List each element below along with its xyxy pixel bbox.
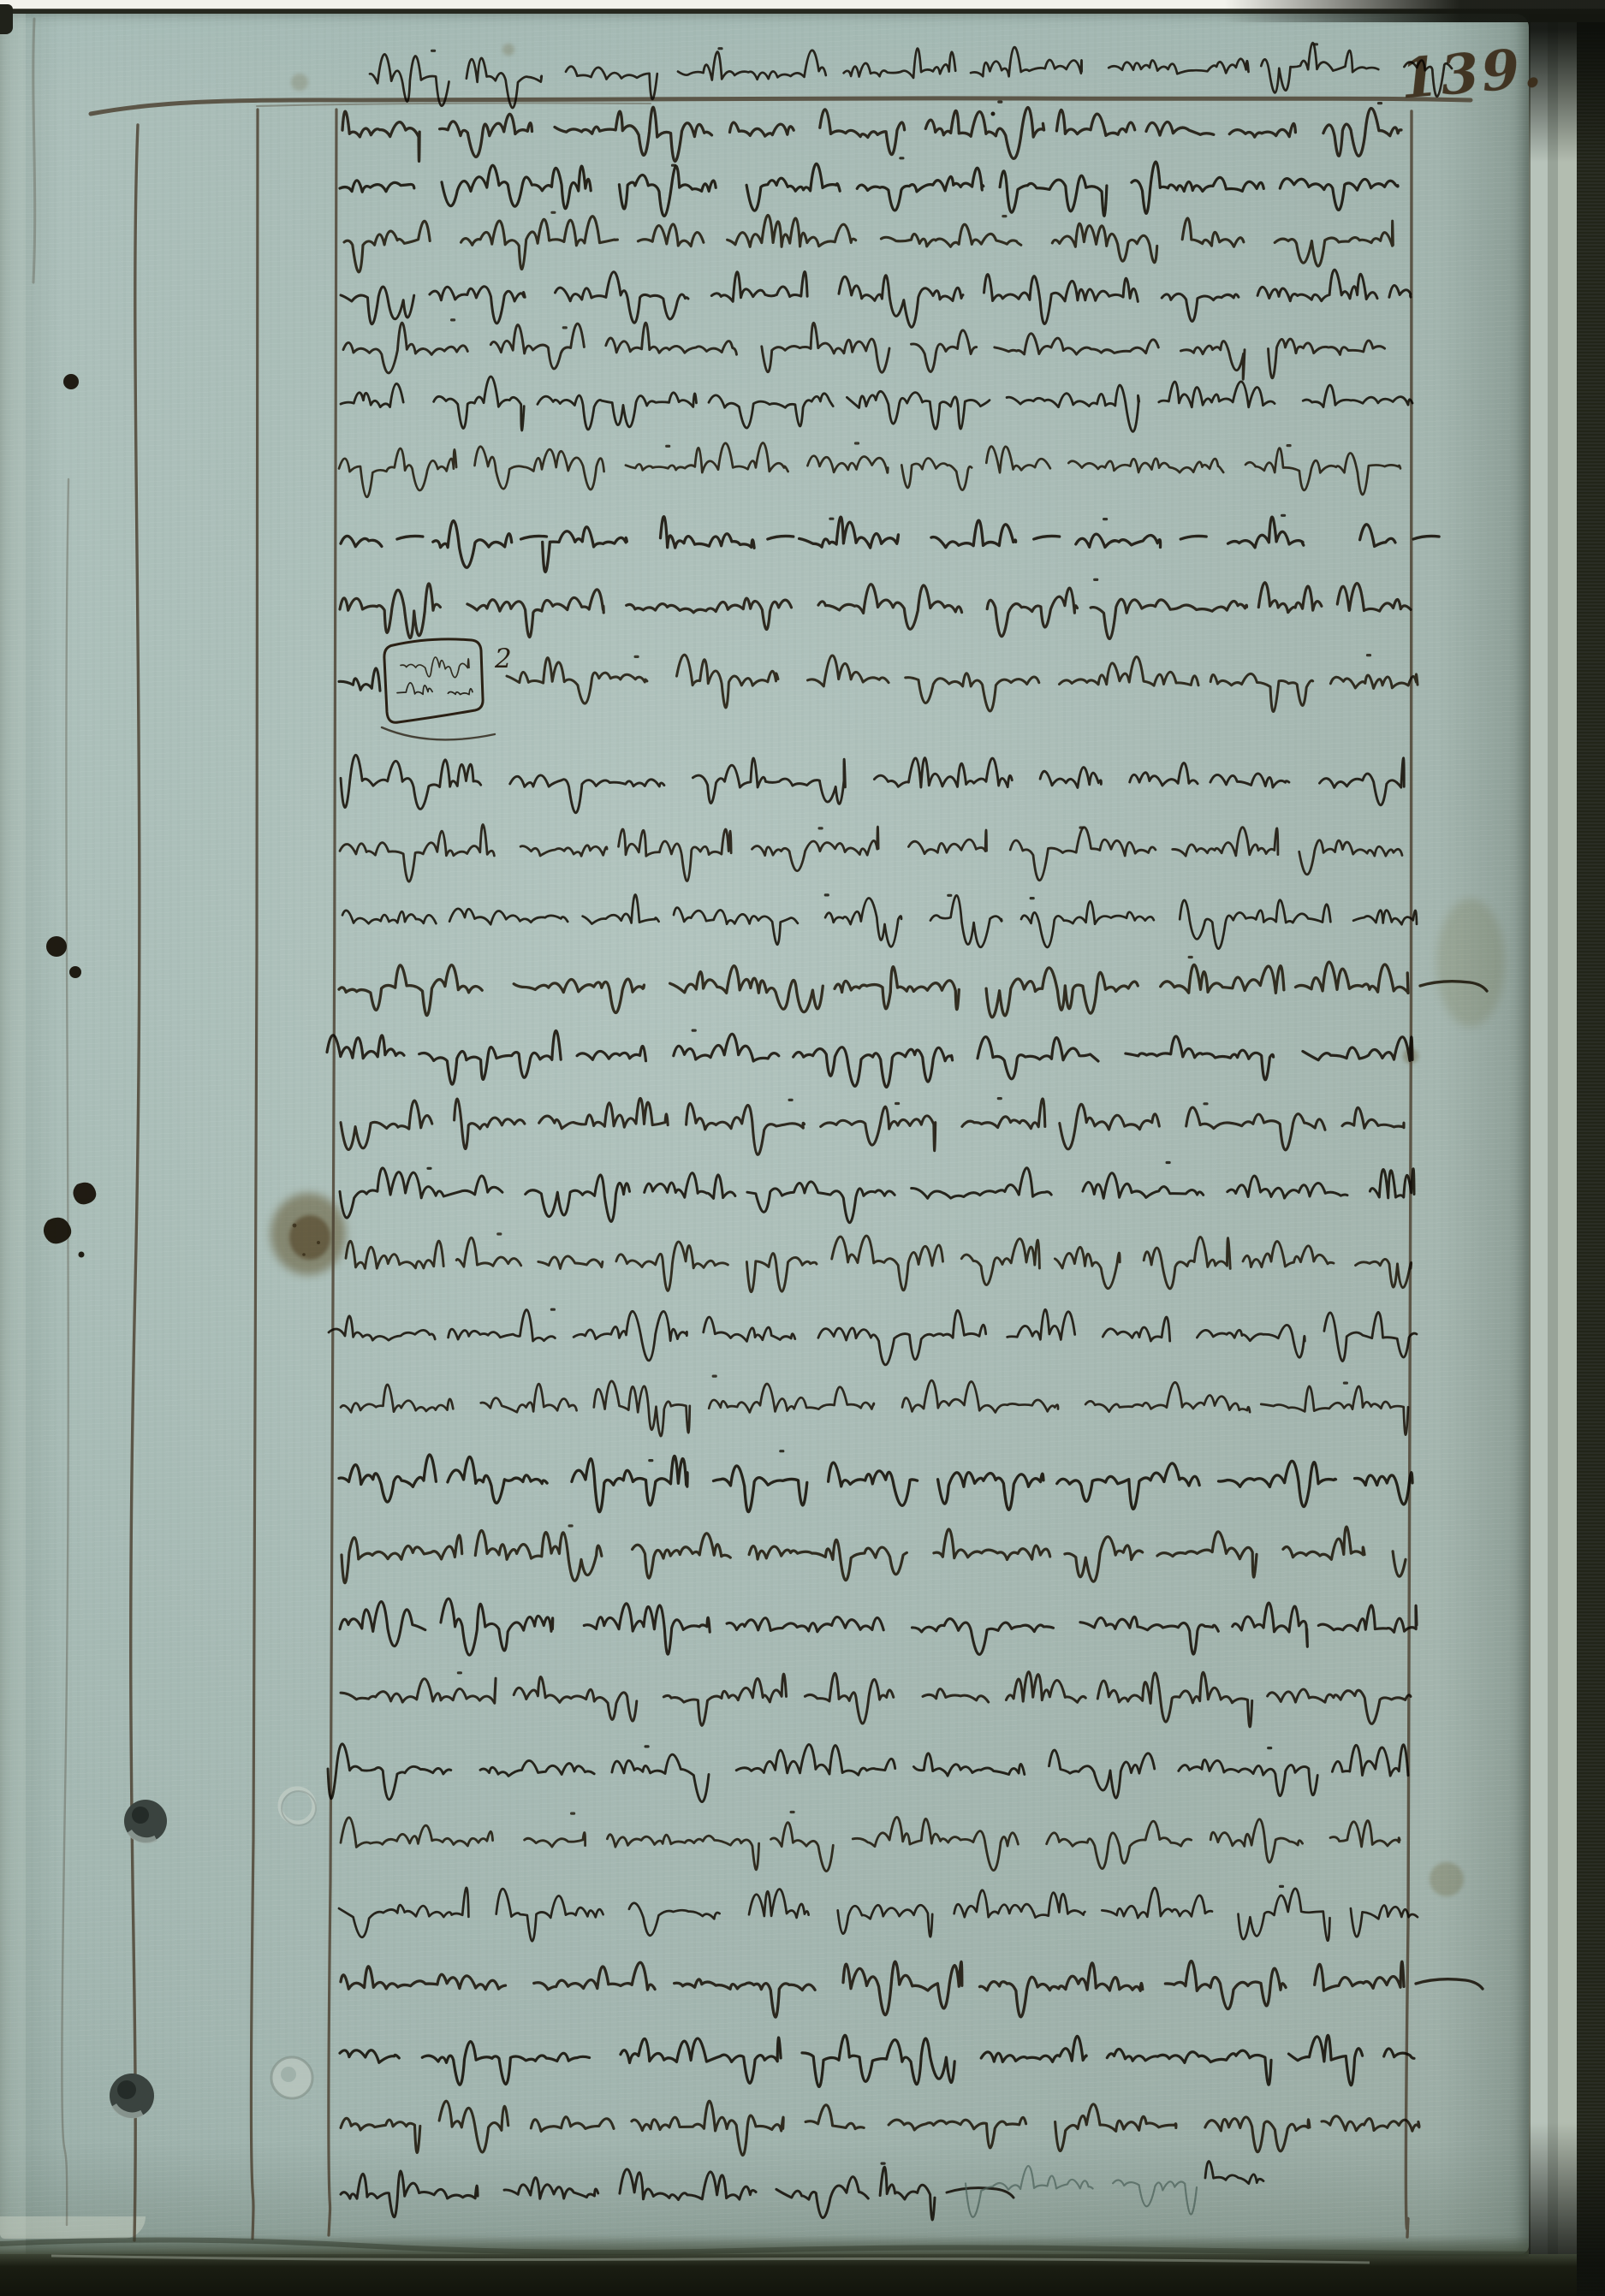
- yellow-stain: [502, 44, 514, 56]
- handwritten-line: [341, 1380, 1408, 1436]
- diacritic-dots: [452, 320, 567, 328]
- top-left-crease: [33, 19, 35, 282]
- handwritten-line: [328, 1744, 1408, 1802]
- handwritten-line: [339, 1888, 1418, 1941]
- handwritten-line: [340, 162, 1398, 216]
- diacritic-dots: [428, 1163, 1169, 1169]
- yellow-stain: [291, 74, 308, 91]
- diacritic-dots: [645, 1747, 1271, 1748]
- left-crease-line: [62, 479, 68, 2225]
- rust-stain-core: [289, 1215, 330, 1260]
- handwritten-line: [341, 2101, 1419, 2155]
- punch-holes: [110, 1789, 316, 2118]
- margin-rule-3: [329, 110, 336, 2235]
- handwritten-line: [339, 668, 380, 691]
- diacritic-dots: [552, 212, 1006, 216]
- bottom-edge-wave: [0, 2240, 1529, 2254]
- ink-blob: [69, 966, 81, 978]
- diacritic-dots: [825, 895, 1033, 899]
- handwritten-line: [342, 894, 1417, 948]
- diacritic-dots: [635, 656, 1370, 657]
- punch-hole-core: [132, 1807, 149, 1824]
- handwritten-line: [340, 825, 1402, 882]
- manuscript-scan: 139. 2: [0, 0, 1605, 2296]
- handwritten-line: [507, 655, 1418, 711]
- ink-speck: [79, 1252, 85, 1258]
- handwritten-line: [339, 1455, 1412, 1512]
- diacritic-dots: [789, 1099, 1207, 1104]
- page-content: 139. 2: [0, 0, 1605, 2296]
- page-number: 139.: [1398, 35, 1547, 111]
- diacritic-dots: [432, 44, 1317, 51]
- handwriting-layer: [327, 43, 1487, 2220]
- handwritten-line: [341, 270, 1411, 327]
- handwritten-line: [340, 1168, 1414, 1223]
- stain-speckle: [317, 1241, 320, 1244]
- bottom-edge-light: [51, 2256, 1370, 2263]
- insertion-box-tiny-line: [401, 657, 469, 678]
- diacritic-dots: [650, 1451, 783, 1461]
- diacritic-dots: [673, 158, 903, 165]
- handwritten-line: [342, 107, 1401, 161]
- handwritten-line: [341, 2167, 1014, 2220]
- handwritten-line: [344, 215, 1393, 272]
- handwritten-line: [339, 962, 1487, 1017]
- diacritic-dots: [999, 102, 1382, 104]
- handwritten-line: [341, 1672, 1411, 1727]
- handwritten-line: [341, 1817, 1400, 1871]
- pencil-annotation-line: [966, 2166, 1197, 2217]
- insertion-box-superscript: 2: [494, 644, 512, 674]
- insertion-box-tail: [382, 727, 495, 739]
- handwritten-line: [327, 1030, 1412, 1087]
- handwritten-line: [341, 517, 1439, 573]
- diacritic-dots: [713, 1376, 1346, 1383]
- ink-blob: [73, 1183, 96, 1205]
- handwritten-line: [1205, 2162, 1263, 2184]
- handwritten-line: [339, 442, 1400, 496]
- handwritten-line: [341, 1098, 1404, 1154]
- diacritic-dots: [819, 828, 1083, 828]
- emboss-ring-shadow: [282, 1791, 316, 1825]
- stain-speckle: [293, 1224, 297, 1228]
- handwritten-line: [341, 755, 1404, 812]
- margin-rule-1: [131, 125, 140, 2240]
- punch-hole-core: [117, 2080, 136, 2099]
- handwritten-line: [341, 1961, 1483, 2017]
- insertion-box-frame: [384, 639, 483, 722]
- handwritten-line: [346, 1236, 1412, 1292]
- handwritten-line: [340, 583, 1411, 639]
- top-rule-double: [257, 103, 651, 106]
- ink-speck: [991, 112, 996, 116]
- ink-blob: [46, 936, 67, 957]
- ink-blob: [63, 374, 79, 389]
- handwritten-line: [340, 1599, 1417, 1655]
- handwritten-line: [341, 377, 1412, 431]
- ink-blobs: [44, 112, 996, 1258]
- emboss-ring-core: [281, 2067, 296, 2082]
- insertion-box-tiny-line: [397, 683, 473, 695]
- handwritten-line: [329, 1309, 1417, 1365]
- insertion-box: [382, 639, 495, 740]
- diacritic-dots: [572, 1812, 794, 1814]
- handwritten-line: [342, 1527, 1406, 1583]
- diacritic-dots: [830, 515, 1285, 519]
- stain-speckle: [302, 1253, 306, 1256]
- handwritten-line: [343, 323, 1385, 379]
- handwritten-line: [340, 2035, 1414, 2086]
- yellow-stain: [1430, 1862, 1464, 1896]
- yellow-stain: [1436, 899, 1505, 1027]
- margin-rule-2: [251, 110, 258, 2239]
